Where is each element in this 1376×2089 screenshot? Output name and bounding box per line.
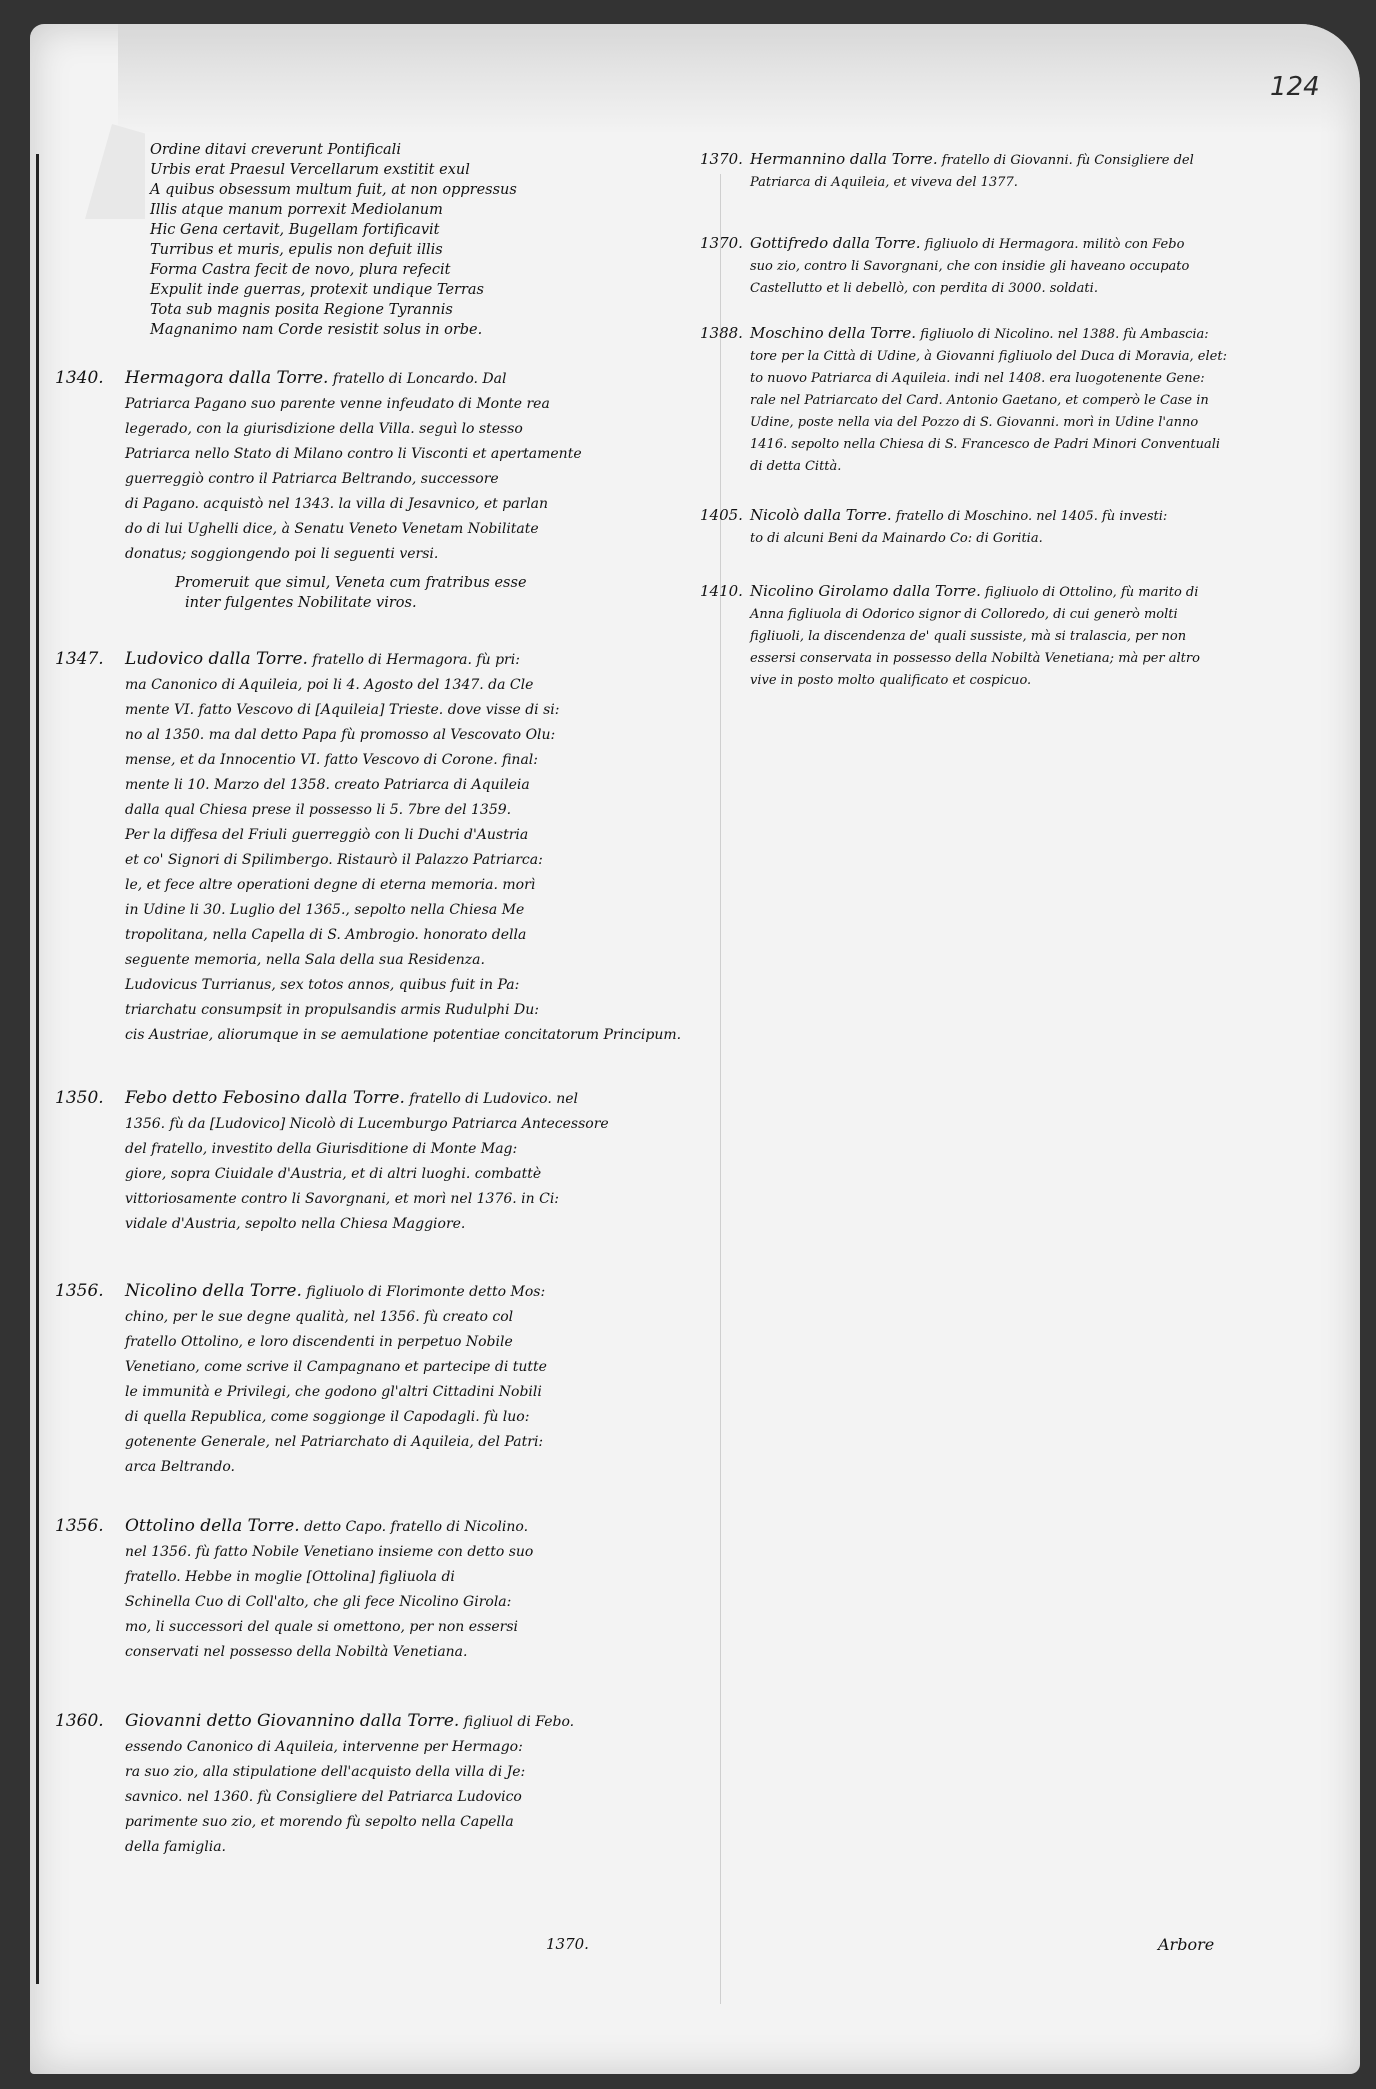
entry-line: Venetiano, come scrive il Campagnano et … — [125, 1355, 690, 1380]
entry-line: Per la diffesa del Friuli guerreggiò con… — [125, 823, 690, 848]
entry-line: et co' Signori di Spilimbergo. Ristaurò … — [125, 848, 690, 873]
verse-line: Magnanimo nam Corde resistit solus in or… — [150, 320, 690, 340]
entry-line: di Pagano. acquistò nel 1343. la villa d… — [125, 492, 690, 517]
entry-1370-gottifredo: 1370. Gottifredo dalla Torre. figliuolo … — [700, 232, 1320, 300]
entry-1405: 1405. Nicolò dalla Torre. fratello di Mo… — [700, 504, 1320, 550]
entry-line: in Udine li 30. Luglio del 1365., sepolt… — [125, 898, 690, 923]
entry-line: arca Beltrando. — [125, 1455, 690, 1480]
entry-line: fratello Ottolino, e loro discendenti in… — [125, 1330, 690, 1355]
verse-line: inter fulgentes Nobilitate viros. — [185, 593, 690, 613]
entry-1356-nicolino: 1356. Nicolino della Torre. figliuolo di… — [55, 1279, 690, 1480]
entry-line: 1416. sepolto nella Chiesa di S. Frances… — [750, 434, 1320, 456]
entry-1388: 1388. Moschino della Torre. figliuolo di… — [700, 322, 1320, 478]
verse-line: Expulit inde guerras, protexit undique T… — [150, 280, 690, 300]
entry-line: detto Capo. fratello di Nicolino. — [304, 1519, 528, 1535]
entry-line: triarchatu consumpsit in propulsandis ar… — [125, 998, 690, 1023]
entry-line: fratello di Loncardo. Dal — [333, 371, 507, 387]
entry-name: Gottifredo dalla Torre. — [750, 234, 921, 252]
entry-line: figliuolo di Hermagora. militò con Febo — [925, 237, 1185, 252]
verse-line: Ordine ditavi creverunt Pontificali — [150, 140, 690, 160]
entry-body: Moschino della Torre. figliuolo di Nicol… — [750, 322, 1320, 478]
opening-verse: Ordine ditavi creverunt Pontificali Urbi… — [150, 140, 690, 340]
entry-line: to di alcuni Beni da Mainardo Co: di Gor… — [750, 528, 1320, 550]
entry-body: Hermagora dalla Torre. fratello di Lonca… — [125, 366, 690, 613]
margin-rule — [36, 154, 39, 1984]
entry-line: le, et fece altre operationi degne di et… — [125, 873, 690, 898]
entry-line: figliuolo di Nicolino. nel 1388. fù Amba… — [920, 327, 1208, 342]
entry-body: Hermannino dalla Torre. fratello di Giov… — [750, 148, 1320, 194]
entry-line: 1356. fù da [Ludovico] Nicolò di Lucembu… — [125, 1112, 690, 1137]
entry-line: le immunità e Privilegi, che godono gl'a… — [125, 1380, 690, 1405]
entry-line: Castellutto et li debellò, con perdita d… — [750, 278, 1320, 300]
entry-year: 1388. — [700, 322, 750, 478]
entry-year: 1356. — [55, 1514, 125, 1665]
entry-line: fratello di Giovanni. fù Consigliere del — [942, 153, 1194, 168]
entry-line: ma Canonico di Aquileia, poi li 4. Agost… — [125, 673, 690, 698]
entry-line: mense, et da Innocentio VI. fatto Vescov… — [125, 748, 690, 773]
entry-line: della famiglia. — [125, 1835, 690, 1860]
entry-line: mente VI. fatto Vescovo di [Aquileia] Tr… — [125, 698, 690, 723]
entry-line: Udine, poste nella via del Pozzo di S. G… — [750, 412, 1320, 434]
entry-line: Patriarca Pagano suo parente venne infeu… — [125, 392, 690, 417]
verse-line: Forma Castra fecit de novo, plura refeci… — [150, 260, 690, 280]
catchword: Arbore — [1158, 1935, 1214, 1954]
entry-1347: 1347. Ludovico dalla Torre. fratello di … — [55, 647, 690, 1048]
entry-year: 1340. — [55, 366, 125, 613]
entry-verse: Promeruit que simul, Veneta cum fratribu… — [175, 573, 690, 613]
entry-line: seguente memoria, nella Sala della sua R… — [125, 948, 690, 973]
entry-line: rale nel Patriarcato del Card. Antonio G… — [750, 390, 1320, 412]
entry-1356-ottolino: 1356. Ottolino della Torre. detto Capo. … — [55, 1514, 690, 1665]
entry-line: di quella Republica, come soggionge il C… — [125, 1405, 690, 1430]
verse-line: Illis atque manum porrexit Mediolanum — [150, 200, 690, 220]
entry-body: Ludovico dalla Torre. fratello di Hermag… — [125, 647, 690, 1048]
entry-line: no al 1350. ma dal detto Papa fù promoss… — [125, 723, 690, 748]
entry-line: mente li 10. Marzo del 1358. creato Patr… — [125, 773, 690, 798]
entry-line: nel 1356. fù fatto Nobile Venetiano insi… — [125, 1540, 690, 1565]
verse-line: Promeruit que simul, Veneta cum fratribu… — [175, 573, 690, 593]
entry-line: tropolitana, nella Capella di S. Ambrogi… — [125, 923, 690, 948]
entry-line: fratello di Ludovico. nel — [409, 1091, 578, 1107]
entry-year: 1356. — [55, 1279, 125, 1480]
entry-body: Nicolino della Torre. figliuolo di Flori… — [125, 1279, 690, 1480]
entry-year: 1360. — [55, 1709, 125, 1860]
entry-body: Giovanni detto Giovannino dalla Torre. f… — [125, 1709, 690, 1860]
running-year: 1370. — [546, 1935, 589, 1953]
entry-line: vidale d'Austria, sepolto nella Chiesa M… — [125, 1212, 690, 1237]
entry-year: 1370. — [700, 148, 750, 194]
entry-line: vittoriosamente contro li Savorgnani, et… — [125, 1187, 690, 1212]
entry-line: to nuovo Patriarca di Aquileia. indi nel… — [750, 368, 1320, 390]
entry-line: parimente suo zio, et morendo fù sepolto… — [125, 1810, 690, 1835]
entry-line: giore, sopra Ciuidale d'Austria, et di a… — [125, 1162, 690, 1187]
entry-line: figliuolo di Florimonte detto Mos: — [306, 1284, 545, 1300]
entry-line: dalla qual Chiesa prese il possesso li 5… — [125, 798, 690, 823]
entry-line: fratello. Hebbe in moglie [Ottolina] fig… — [125, 1565, 690, 1590]
entry-name: Nicolino della Torre. — [125, 1281, 302, 1301]
entry-line: legerado, con la giurisdizione della Vil… — [125, 417, 690, 442]
entry-line: donatus; soggiongendo poi li seguenti ve… — [125, 542, 690, 567]
entry-1340: 1340. Hermagora dalla Torre. fratello di… — [55, 366, 690, 613]
entry-line: Schinella Cuo di Coll'alto, che gli fece… — [125, 1590, 690, 1615]
folio-number: 124 — [1270, 72, 1320, 102]
entry-year: 1370. — [700, 232, 750, 300]
entry-line: savnico. nel 1360. fù Consigliere del Pa… — [125, 1785, 690, 1810]
entry-name: Ottolino della Torre. — [125, 1516, 300, 1536]
entry-line: suo zio, contro li Savorgnani, che con i… — [750, 256, 1320, 278]
entry-year: 1410. — [700, 580, 750, 692]
verse-line: A quibus obsessum multum fuit, at non op… — [150, 180, 690, 200]
entry-line: do di lui Ughelli dice, à Senatu Veneto … — [125, 517, 690, 542]
entry-line: Patriarca di Aquileia, et viveva del 137… — [750, 172, 1320, 194]
entry-name: Ludovico dalla Torre. — [125, 649, 308, 669]
verse-line: Turribus et muris, epulis non defuit ill… — [150, 240, 690, 260]
entry-line: figliuolo di Ottolino, fù marito di — [985, 585, 1198, 600]
left-column: Ordine ditavi creverunt Pontificali Urbi… — [55, 140, 690, 1860]
entry-name: Hermagora dalla Torre. — [125, 368, 328, 388]
entry-1370-hermannino: 1370. Hermannino dalla Torre. fratello d… — [700, 148, 1320, 194]
entry-1350: 1350. Febo detto Febosino dalla Torre. f… — [55, 1086, 690, 1237]
entry-name: Moschino della Torre. — [750, 324, 916, 342]
entry-line: chino, per le sue degne qualità, nel 135… — [125, 1305, 690, 1330]
entry-body: Febo detto Febosino dalla Torre. fratell… — [125, 1086, 690, 1237]
verse-line: Tota sub magnis posita Regione Tyrannis — [150, 300, 690, 320]
entry-line: mo, li successori del quale si omettono,… — [125, 1615, 690, 1640]
entry-line: figliuol di Febo. — [464, 1714, 574, 1730]
entry-line: fratello di Moschino. nel 1405. fù inves… — [896, 509, 1167, 524]
entry-line: ra suo zio, alla stipulatione dell'acqui… — [125, 1760, 690, 1785]
entry-name: Hermannino dalla Torre. — [750, 150, 938, 168]
entry-year: 1405. — [700, 504, 750, 550]
entry-line: tore per la Città di Udine, à Giovanni f… — [750, 346, 1320, 368]
entry-line: vive in posto molto qualificato et cospi… — [750, 670, 1320, 692]
entry-name: Nicolò dalla Torre. — [750, 506, 892, 524]
entry-line: cis Austriae, aliorumque in se aemulatio… — [125, 1023, 690, 1048]
entry-line: Patriarca nello Stato di Milano contro l… — [125, 442, 690, 467]
right-column: 1370. Hermannino dalla Torre. fratello d… — [700, 148, 1320, 692]
entry-line: guerreggiò contro il Patriarca Beltrando… — [125, 467, 690, 492]
entry-line: gotenente Generale, nel Patriarchato di … — [125, 1430, 690, 1455]
entry-line: figliuoli, la discendenza de' quali suss… — [750, 626, 1320, 648]
entry-body: Nicolò dalla Torre. fratello di Moschino… — [750, 504, 1320, 550]
entry-line: conservati nel possesso della Nobiltà Ve… — [125, 1640, 690, 1665]
entry-line: del fratello, investito della Giurisditi… — [125, 1137, 690, 1162]
entry-name: Giovanni detto Giovannino dalla Torre. — [125, 1711, 459, 1731]
entry-year: 1350. — [55, 1086, 125, 1237]
entry-line: essersi conservata in possesso della Nob… — [750, 648, 1320, 670]
verse-line: Hic Gena certavit, Bugellam fortificavit — [150, 220, 690, 240]
entry-body: Nicolino Girolamo dalla Torre. figliuolo… — [750, 580, 1320, 692]
entry-1410: 1410. Nicolino Girolamo dalla Torre. fig… — [700, 580, 1320, 692]
entry-1360: 1360. Giovanni detto Giovannino dalla To… — [55, 1709, 690, 1860]
entry-body: Ottolino della Torre. detto Capo. fratel… — [125, 1514, 690, 1665]
entry-line: essendo Canonico di Aquileia, intervenne… — [125, 1735, 690, 1760]
entry-year: 1347. — [55, 647, 125, 1048]
entry-line: fratello di Hermagora. fù pri: — [312, 652, 520, 668]
verse-line: Urbis erat Praesul Vercellarum exstitit … — [150, 160, 690, 180]
entry-body: Gottifredo dalla Torre. figliuolo di Her… — [750, 232, 1320, 300]
entry-line: di detta Città. — [750, 456, 1320, 478]
entry-line: Anna figliuola di Odorico signor di Coll… — [750, 604, 1320, 626]
entry-name: Febo detto Febosino dalla Torre. — [125, 1088, 405, 1108]
entry-line: Ludovicus Turrianus, sex totos annos, qu… — [125, 973, 690, 998]
entry-name: Nicolino Girolamo dalla Torre. — [750, 582, 981, 600]
